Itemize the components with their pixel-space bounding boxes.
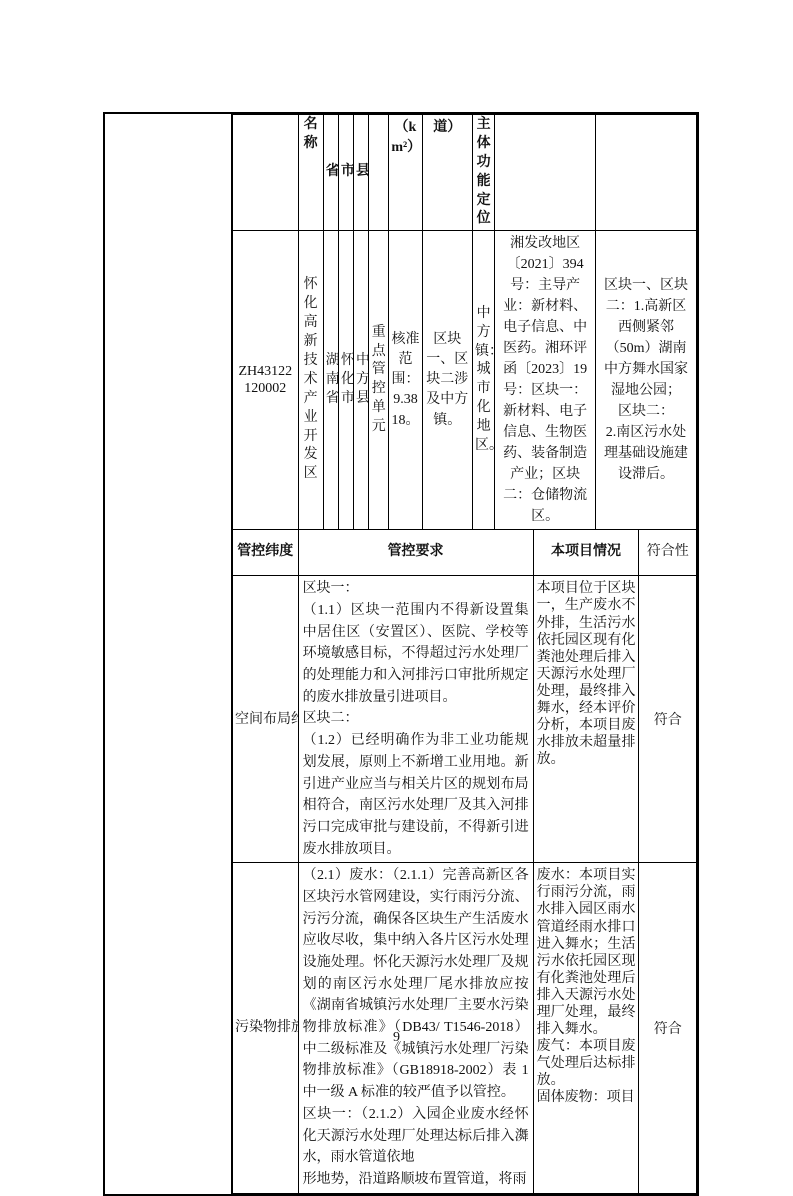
area-header-cell: （k m²） <box>389 115 422 231</box>
dimension-cell: 污染物排放管控 <box>233 863 299 1193</box>
requirement-cell: 区块一： （1.1）区块一范围内不得新设置集中居住区（安置区）、医院、学校等环境… <box>298 576 533 863</box>
unit-info-table: 名称 省 市 县 （k m²） 道） 主体功能定位 ZH43122120002 … <box>232 114 697 530</box>
page-number: 9 <box>0 1030 793 1046</box>
function-header-cell: 主体功能定位 <box>473 115 495 231</box>
control-header-row: 管控纬度 管控要求 本项目情况 符合性 <box>233 530 697 576</box>
unit-environment-issues: 区块一、区块二：1.高新区西侧紧邻（50m）湖南中方舞水国家湿地公园； 区块二：… <box>596 231 697 530</box>
unit-province: 湖南省 <box>323 231 338 530</box>
project-header: 本项目情况 <box>533 530 639 576</box>
unit-blocks-involved: 区块一、区块二涉及中方镇。 <box>422 231 472 530</box>
unit-type-header-cell <box>369 115 389 231</box>
project-status-cell: 本项目位于区块一，生产废水不外排，生活污水依托园区现有化粪池处理后排入天源污水处… <box>533 576 639 863</box>
requirement-cell: （2.1）废水：（2.1.1）完善高新区各区块污水管网建设，实行雨污分流、污污分… <box>298 863 533 1193</box>
name-header-cell: 名称 <box>298 115 323 231</box>
control-row-spatial: 空间布局约束 区块一： （1.1）区块一范围内不得新设置集中居住区（安置区）、医… <box>233 576 697 863</box>
compliance-cell: 符合 <box>639 576 697 863</box>
project-status-cell: 废水：本项目实行雨污分流，雨水排入园区雨水管道经雨水排口进入舞水；生活污水依托园… <box>533 863 639 1193</box>
industry-header-cell <box>495 115 596 231</box>
dimension-header: 管控纬度 <box>233 530 299 576</box>
dimension-cell: 空间布局约束 <box>233 576 299 863</box>
unit-main-function: 中方镇：城市化地区。 <box>473 231 495 530</box>
compliance-header: 符合性 <box>639 530 697 576</box>
unit-name: 怀化高新技术产业开发区 <box>298 231 323 530</box>
control-table: 管控纬度 管控要求 本项目情况 符合性 空间布局约束 区块一： （1.1）区块一… <box>232 529 697 1193</box>
province-header-cell: 省 <box>323 115 338 231</box>
street-header-cell: 道） <box>422 115 472 231</box>
control-row-pollutant: 污染物排放管控 （2.1）废水：（2.1.1）完善高新区各区块污水管网建设，实行… <box>233 863 697 1193</box>
unit-city: 怀化市 <box>338 231 353 530</box>
county-header-cell: 县 <box>354 115 369 231</box>
compliance-cell: 符合 <box>639 863 697 1193</box>
issues-header-cell <box>596 115 697 231</box>
unit-code: ZH43122120002 <box>233 231 299 530</box>
requirement-header: 管控要求 <box>298 530 533 576</box>
city-header-cell: 市 <box>338 115 353 231</box>
unit-industry-orientation: 湘发改地区〔2021〕394 号：主导产业：新材料、电子信息、中医药。湘环评函〔… <box>495 231 596 530</box>
unit-control-type: 重点管控单元 <box>369 231 389 530</box>
unit-data-row: ZH43122120002 怀化高新技术产业开发区 湖南省 怀化市 中方县 重点… <box>233 231 697 530</box>
unit-county: 中方县 <box>354 231 369 530</box>
code-header-cell <box>233 115 299 231</box>
unit-header-row: 名称 省 市 县 （k m²） 道） 主体功能定位 <box>233 115 697 231</box>
unit-approved-scope: 核准范围：9.3818。 <box>389 231 422 530</box>
